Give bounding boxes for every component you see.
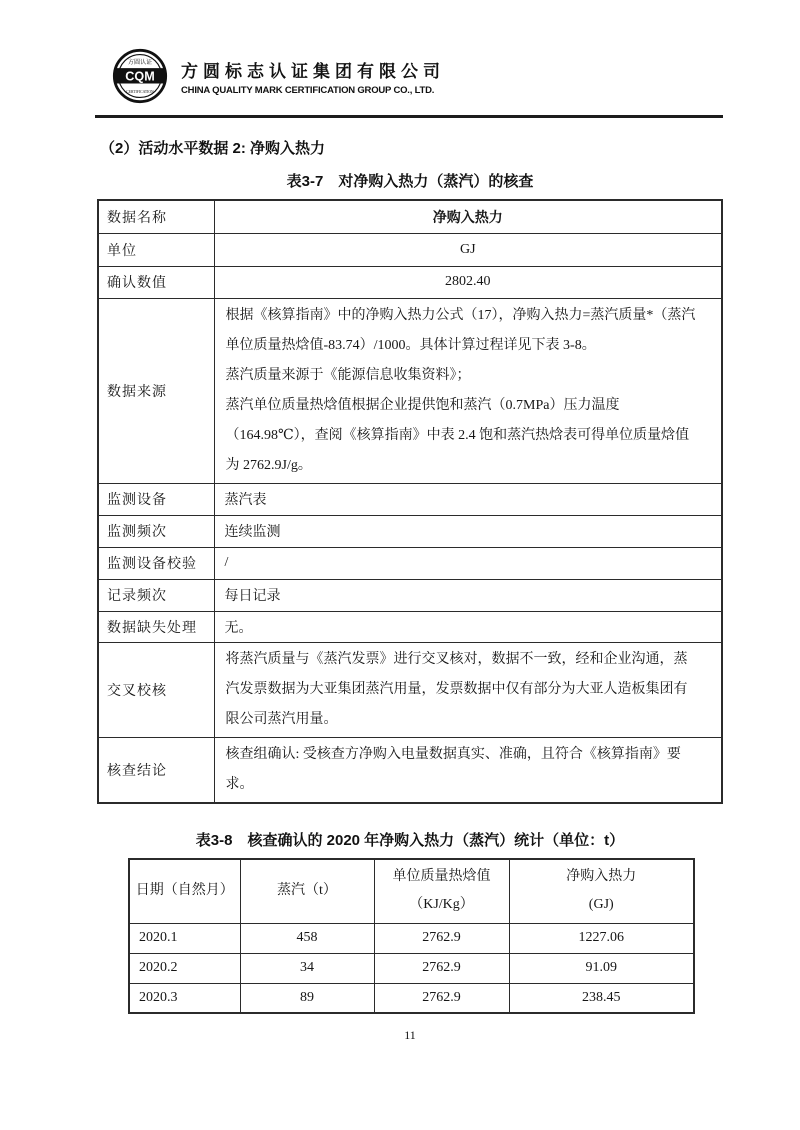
row-label: 交叉校核 [98,642,214,737]
data-source-paragraph: 根据《核算指南》中的净购入热力公式（17），净购入热力=蒸汽质量*（蒸汽单位质量… [226,301,698,361]
table-row: 监测设备校验 / [98,547,722,579]
header-divider-rule [95,115,723,118]
row-value: 蒸汽表 [214,483,722,515]
row-label: 确认数值 [98,266,214,298]
table-row: 记录频次 每日记录 [98,579,722,611]
row-value: / [214,547,722,579]
column-header-label: 蒸汽（t） [241,877,374,905]
month-cell: 2020.1 [129,923,240,953]
table-row: 单位 GJ [98,233,722,266]
column-header: 日期（自然月） [129,859,240,923]
table-3-8: 日期（自然月） 蒸汽（t） 单位质量热焓值 （KJ/Kg） 净购入热力 (GJ)… [128,858,695,1014]
steam-cell: 89 [240,983,374,1013]
column-header: 单位质量热焓值 （KJ/Kg） [374,859,509,923]
row-label: 单位 [98,233,214,266]
row-label: 监测设备校验 [98,547,214,579]
table-row: 核查结论 核查组确认: 受核查方净购入电量数据真实、准确，且符合《核算指南》要求… [98,737,722,803]
steam-cell: 34 [240,953,374,983]
heat-cell: 238.45 [509,983,694,1013]
section-heading: （2）活动水平数据 2: 净购入热力 [100,137,325,158]
row-label: 数据来源 [98,298,214,483]
logo-arc-top-text: 方圆认证 [128,58,152,66]
table-header-row: 日期（自然月） 蒸汽（t） 单位质量热焓值 （KJ/Kg） 净购入热力 (GJ) [129,859,694,923]
heat-cell: 91.09 [509,953,694,983]
row-label: 数据名称 [98,200,214,233]
column-header-label: 净购入热力 [510,863,694,891]
logo-arc-bottom-text: CERTIFICATION [126,90,154,94]
row-value: 2802.40 [214,266,722,298]
row-label: 监测设备 [98,483,214,515]
row-value: GJ [214,233,722,266]
table-3-8-title: 表3-8 核查确认的 2020 年净购入热力（蒸汽）统计（单位：t） [97,829,723,850]
table-row: 2020.3 89 2762.9 238.45 [129,983,694,1013]
column-header-label: 日期（自然月） [130,877,240,905]
row-value: 无。 [214,611,722,642]
steam-cell: 458 [240,923,374,953]
row-value: 将蒸汽质量与《蒸汽发票》进行交叉核对，数据不一致，经和企业沟通，蒸汽发票数据为大… [214,642,722,737]
column-header: 蒸汽（t） [240,859,374,923]
data-source-paragraph: 蒸汽质量来源于《能源信息收集资料》； [226,361,698,391]
row-label: 监测频次 [98,515,214,547]
table-row: 2020.1 458 2762.9 1227.06 [129,923,694,953]
company-name-cn: 方圆标志认证集团有限公司 [181,57,445,82]
column-header-unit: （KJ/Kg） [375,891,509,919]
cqm-logo-icon: 方圆认证 CQM CERTIFICATION [112,48,168,104]
column-header-unit: (GJ) [510,891,694,919]
table-row: 数据来源 根据《核算指南》中的净购入热力公式（17），净购入热力=蒸汽质量*（蒸… [98,298,722,483]
table-row: 2020.2 34 2762.9 91.09 [129,953,694,983]
table-row: 确认数值 2802.40 [98,266,722,298]
month-cell: 2020.2 [129,953,240,983]
logo-abbr-text: CQM [125,69,154,83]
heat-cell: 1227.06 [509,923,694,953]
document-header: 方圆认证 CQM CERTIFICATION 方圆标志认证集团有限公司 CHIN… [112,48,445,104]
row-label: 数据缺失处理 [98,611,214,642]
table-3-7-title: 表3-7 对净购入热力（蒸汽）的核查 [97,170,723,191]
data-source-paragraph: 蒸汽单位质量热焓值根据企业提供饱和蒸汽（0.7MPa）压力温度（164.98℃）… [226,391,698,481]
enthalpy-cell: 2762.9 [374,923,509,953]
row-value: 根据《核算指南》中的净购入热力公式（17），净购入热力=蒸汽质量*（蒸汽单位质量… [214,298,722,483]
month-cell: 2020.3 [129,983,240,1013]
table-row: 交叉校核 将蒸汽质量与《蒸汽发票》进行交叉核对，数据不一致，经和企业沟通，蒸汽发… [98,642,722,737]
table-row: 数据名称 净购入热力 [98,200,722,233]
company-name-en: CHINA QUALITY MARK CERTIFICATION GROUP C… [181,85,445,96]
company-name-block: 方圆标志认证集团有限公司 CHINA QUALITY MARK CERTIFIC… [181,57,445,96]
table-row: 监测频次 连续监测 [98,515,722,547]
row-label: 核查结论 [98,737,214,803]
enthalpy-cell: 2762.9 [374,983,509,1013]
row-label: 记录频次 [98,579,214,611]
enthalpy-cell: 2762.9 [374,953,509,983]
document-page: 方圆认证 CQM CERTIFICATION 方圆标志认证集团有限公司 CHIN… [0,0,800,1130]
column-header: 净购入热力 (GJ) [509,859,694,923]
row-value: 核查组确认: 受核查方净购入电量数据真实、准确，且符合《核算指南》要求。 [214,737,722,803]
row-value: 净购入热力 [214,200,722,233]
row-value: 连续监测 [214,515,722,547]
table-3-7: 数据名称 净购入热力 单位 GJ 确认数值 2802.40 数据来源 根据《核算… [97,199,723,804]
column-header-label: 单位质量热焓值 [375,863,509,891]
conclusion-paragraph: 核查组确认: 受核查方净购入电量数据真实、准确，且符合《核算指南》要求。 [226,740,698,800]
table-row: 监测设备 蒸汽表 [98,483,722,515]
table-row: 数据缺失处理 无。 [98,611,722,642]
row-value: 每日记录 [214,579,722,611]
page-number: 11 [97,1028,723,1043]
cross-check-paragraph: 将蒸汽质量与《蒸汽发票》进行交叉核对，数据不一致，经和企业沟通，蒸汽发票数据为大… [226,645,698,735]
